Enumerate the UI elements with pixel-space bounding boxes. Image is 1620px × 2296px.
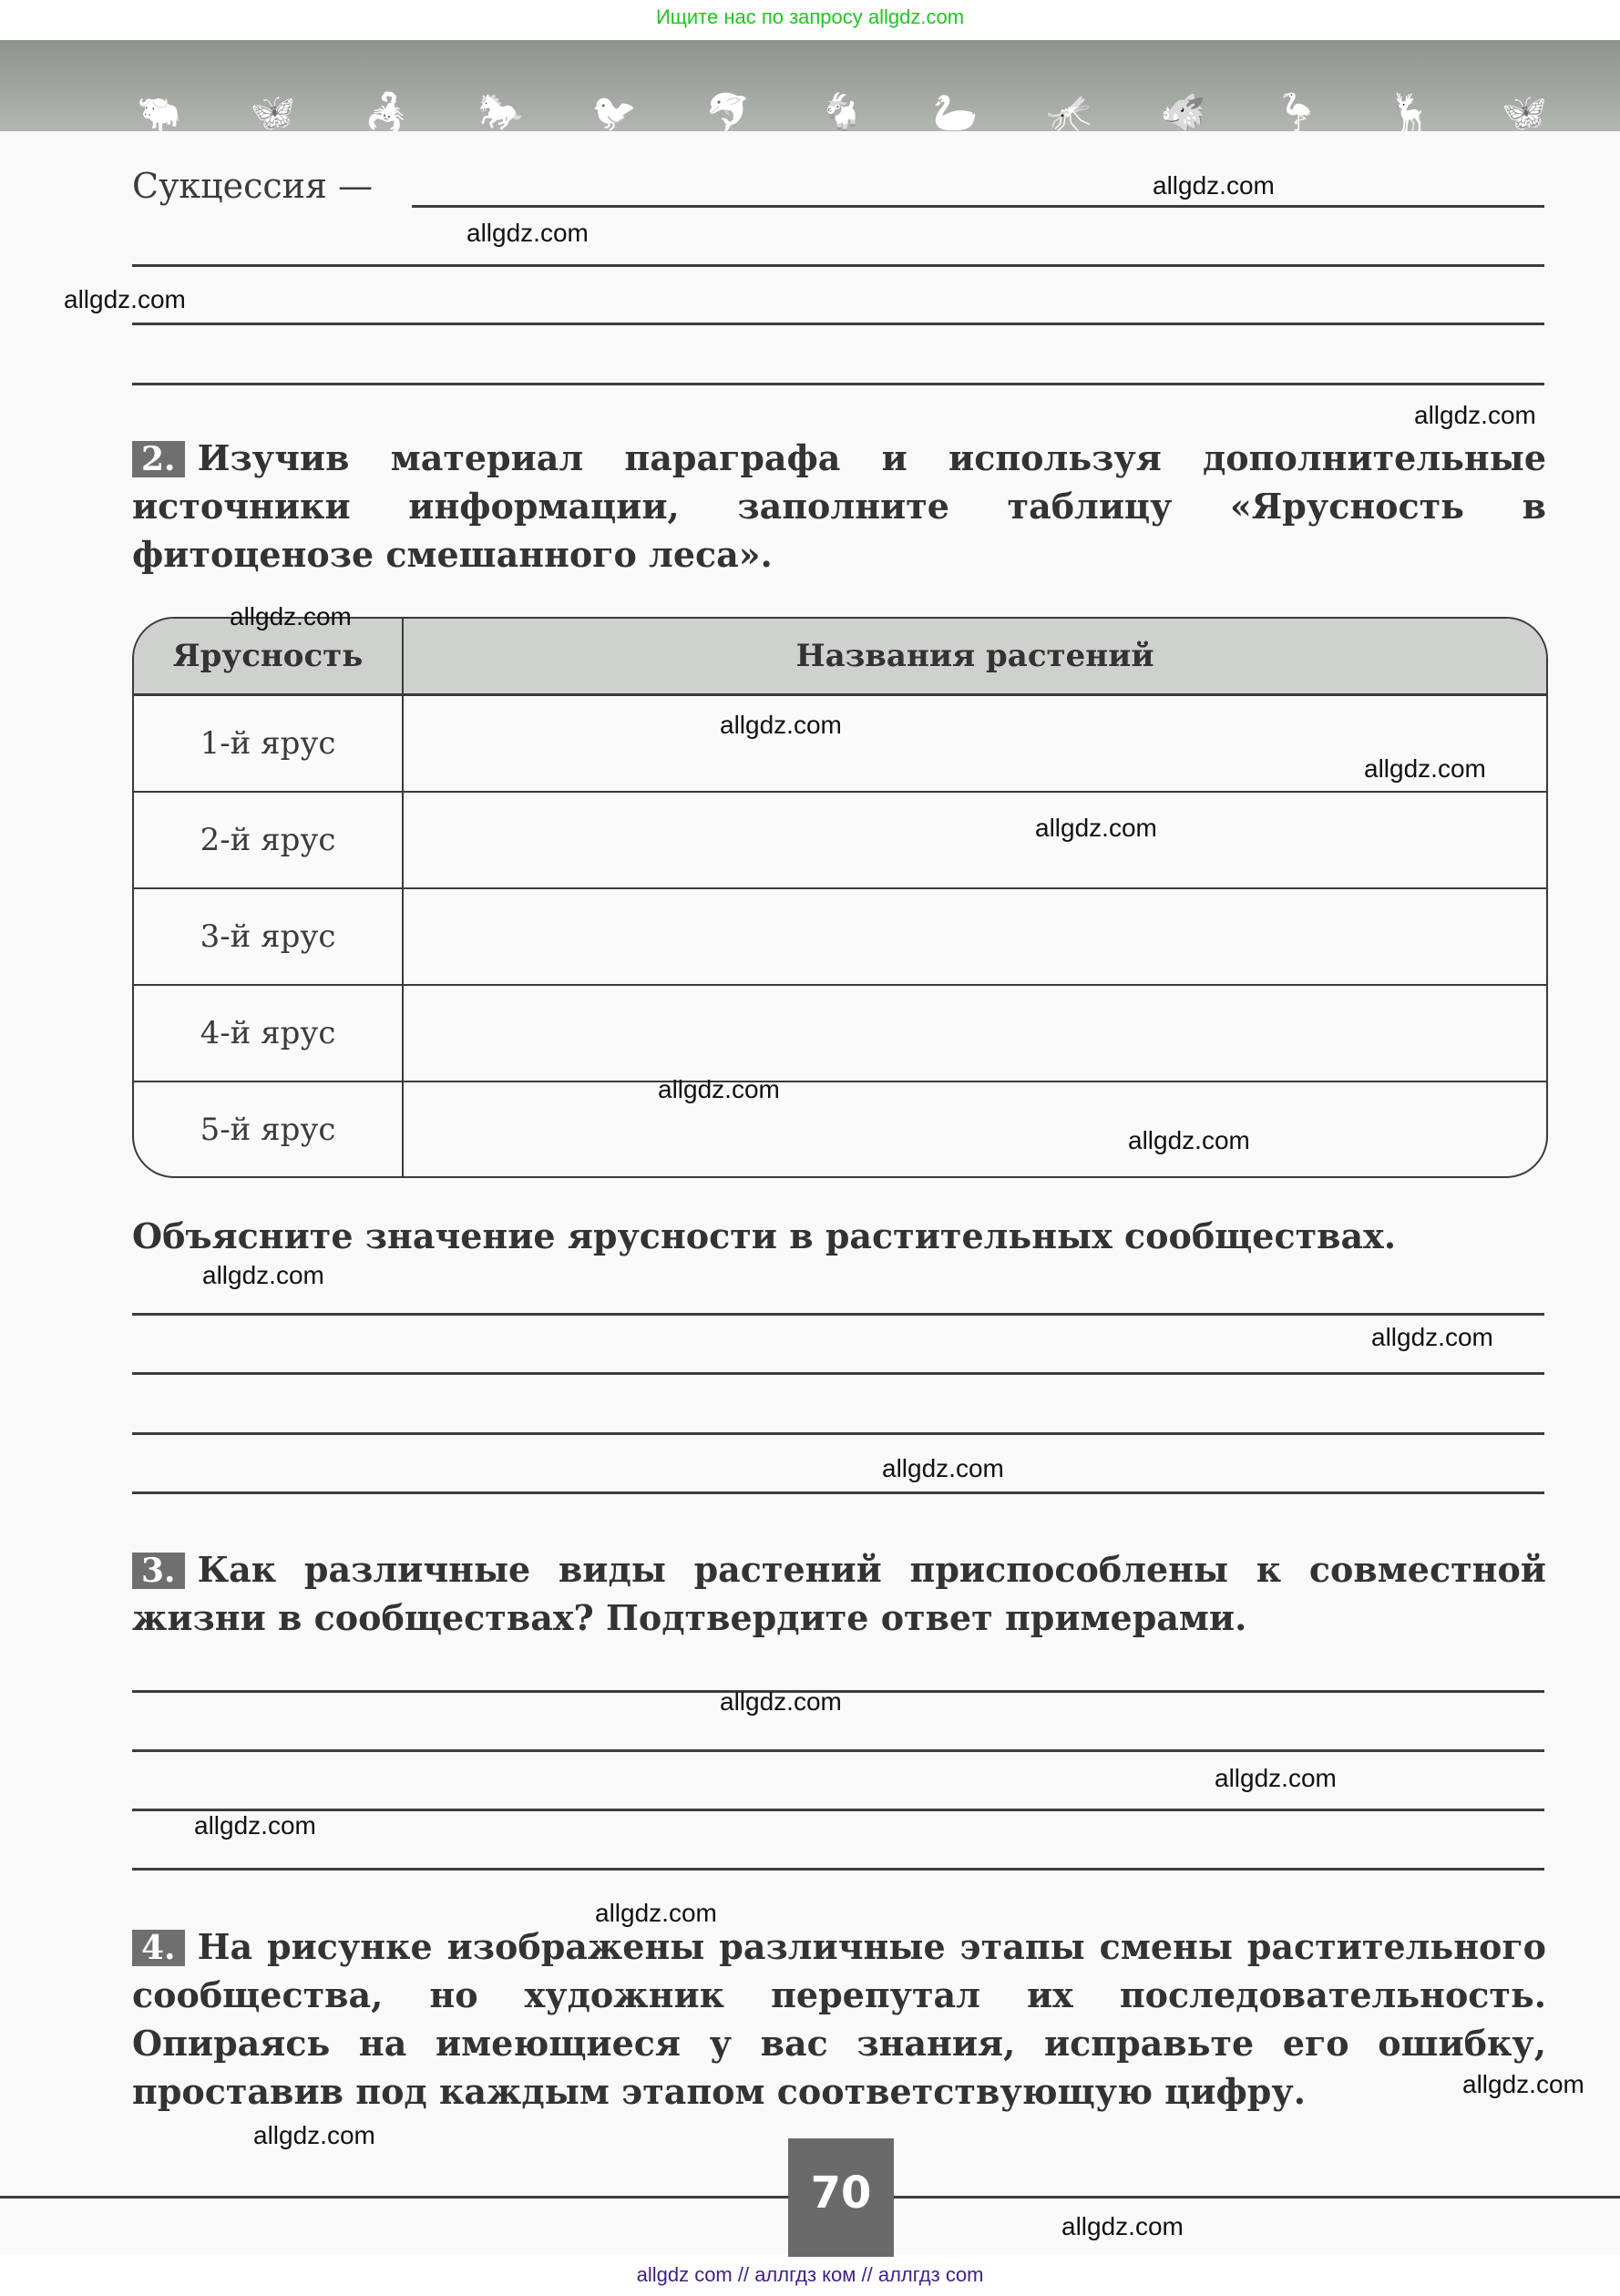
goat-icon: 🐐: [819, 95, 865, 131]
footer-rule: [894, 2196, 1620, 2199]
plant-names-cell[interactable]: [404, 1082, 1546, 1177]
watermark: allgdz.com: [1462, 2070, 1584, 2099]
watermark: allgdz.com: [253, 2121, 375, 2150]
definition-term: Сукцессия —: [132, 166, 373, 206]
bison-icon: 🐃: [137, 95, 182, 131]
column-header-plants: Названия растений: [404, 619, 1546, 693]
animal-silhouettes: 🐃🦋🦂🐎🐦🐬🐐🦢🦟🐗🦩🦌🦋: [137, 80, 1547, 131]
butterfly-icon: 🦋: [251, 95, 296, 131]
watermark: allgdz.com: [1061, 2212, 1184, 2241]
tier-label: 2-й ярус: [134, 793, 402, 887]
header-banner: 🐃🦋🦂🐎🐦🐬🐐🦢🦟🐗🦩🦌🦋: [0, 40, 1620, 131]
bottom-watermark-note: allgdz com // аллгдз ком // аллгдз com: [0, 2263, 1620, 2287]
bird-icon: 🐦: [591, 95, 637, 131]
page-number: 70: [788, 2138, 894, 2257]
watermark: allgdz.com: [1035, 814, 1157, 843]
answer-line: [132, 1491, 1544, 1494]
boar-icon: 🐗: [1161, 95, 1206, 131]
watermark: allgdz.com: [1364, 754, 1486, 784]
horse-icon: 🐎: [478, 95, 524, 131]
seahorse-icon: 🦢: [933, 95, 979, 131]
plant-names-cell[interactable]: [404, 986, 1546, 1081]
watermark: allgdz.com: [1414, 401, 1536, 430]
watermark: allgdz.com: [194, 1811, 316, 1840]
answer-line: [132, 1868, 1544, 1871]
watermark: allgdz.com: [595, 1899, 717, 1928]
task-number-badge: 2.: [132, 441, 185, 477]
butterfly-icon: 🦋: [1502, 95, 1547, 131]
scorpion-icon: 🦂: [364, 95, 410, 131]
plant-names-cell[interactable]: [404, 793, 1546, 887]
answer-line: [412, 205, 1544, 208]
watermark: allgdz.com: [1371, 1323, 1493, 1352]
table-row: 4-й ярус: [134, 986, 1546, 1082]
watermark: allgdz.com: [202, 1261, 324, 1290]
watermark: allgdz.com: [64, 285, 186, 314]
tier-label: 4-й ярус: [134, 986, 402, 1081]
insect-icon: 🦟: [1047, 95, 1092, 131]
table-row: 2-й ярус: [134, 793, 1546, 889]
tier-label: 5-й ярус: [134, 1082, 402, 1177]
watermark: allgdz.com: [230, 602, 352, 631]
heron-icon: 🦩: [1274, 95, 1319, 131]
answer-line: [132, 1313, 1544, 1316]
watermark: allgdz.com: [882, 1454, 1004, 1483]
answer-line: [132, 383, 1544, 385]
table-row: 5-й ярус: [134, 1082, 1546, 1177]
plant-names-cell[interactable]: [404, 889, 1546, 984]
table-row: 3-й ярус: [134, 889, 1546, 986]
answer-line: [132, 1749, 1544, 1752]
column-divider: [402, 619, 404, 1176]
definition-answer-field[interactable]: [415, 173, 1548, 208]
watermark: allgdz.com: [1215, 1764, 1337, 1793]
tier-label: 3-й ярус: [134, 889, 402, 984]
answer-line: [132, 264, 1544, 267]
watermark: allgdz.com: [1128, 1126, 1250, 1155]
watermark: allgdz.com: [1153, 171, 1275, 200]
tier-table: Ярусность Названия растений 1-й ярус2-й …: [132, 617, 1548, 1178]
task-4-prompt: 4.На рисунке изображены различные этапы …: [132, 1922, 1546, 2116]
task-2-prompt: 2.Изучив материал параграфа и используя …: [132, 434, 1546, 579]
answer-line: [132, 1372, 1544, 1375]
answer-line: [132, 1809, 1544, 1811]
tier-label: 1-й ярус: [134, 696, 402, 791]
watermark: allgdz.com: [467, 219, 589, 248]
answer-line: [132, 1432, 1544, 1435]
task-2-text: Изучив материал параграфа и используя до…: [132, 437, 1546, 575]
gazelle-icon: 🦌: [1388, 95, 1433, 131]
task-number-badge: 4.: [132, 1930, 185, 1966]
task-number-badge: 3.: [132, 1553, 185, 1589]
watermark: allgdz.com: [720, 711, 842, 740]
dolphin-icon: 🐬: [705, 95, 751, 131]
task-3-text: Как различные виды растений приспособлен…: [132, 1549, 1546, 1638]
top-search-note: Ищите нас по запросу allgdz.com: [0, 5, 1620, 29]
watermark: allgdz.com: [720, 1687, 842, 1717]
followup-question: Объясните значение ярусности в раститель…: [132, 1215, 1396, 1256]
task-3-prompt: 3.Как различные виды растений приспособл…: [132, 1545, 1546, 1642]
watermark: allgdz.com: [658, 1075, 780, 1104]
task-4-text: На рисунке изображены различные этапы см…: [132, 1926, 1546, 2112]
footer-rule: [0, 2196, 788, 2199]
answer-line: [132, 323, 1544, 325]
